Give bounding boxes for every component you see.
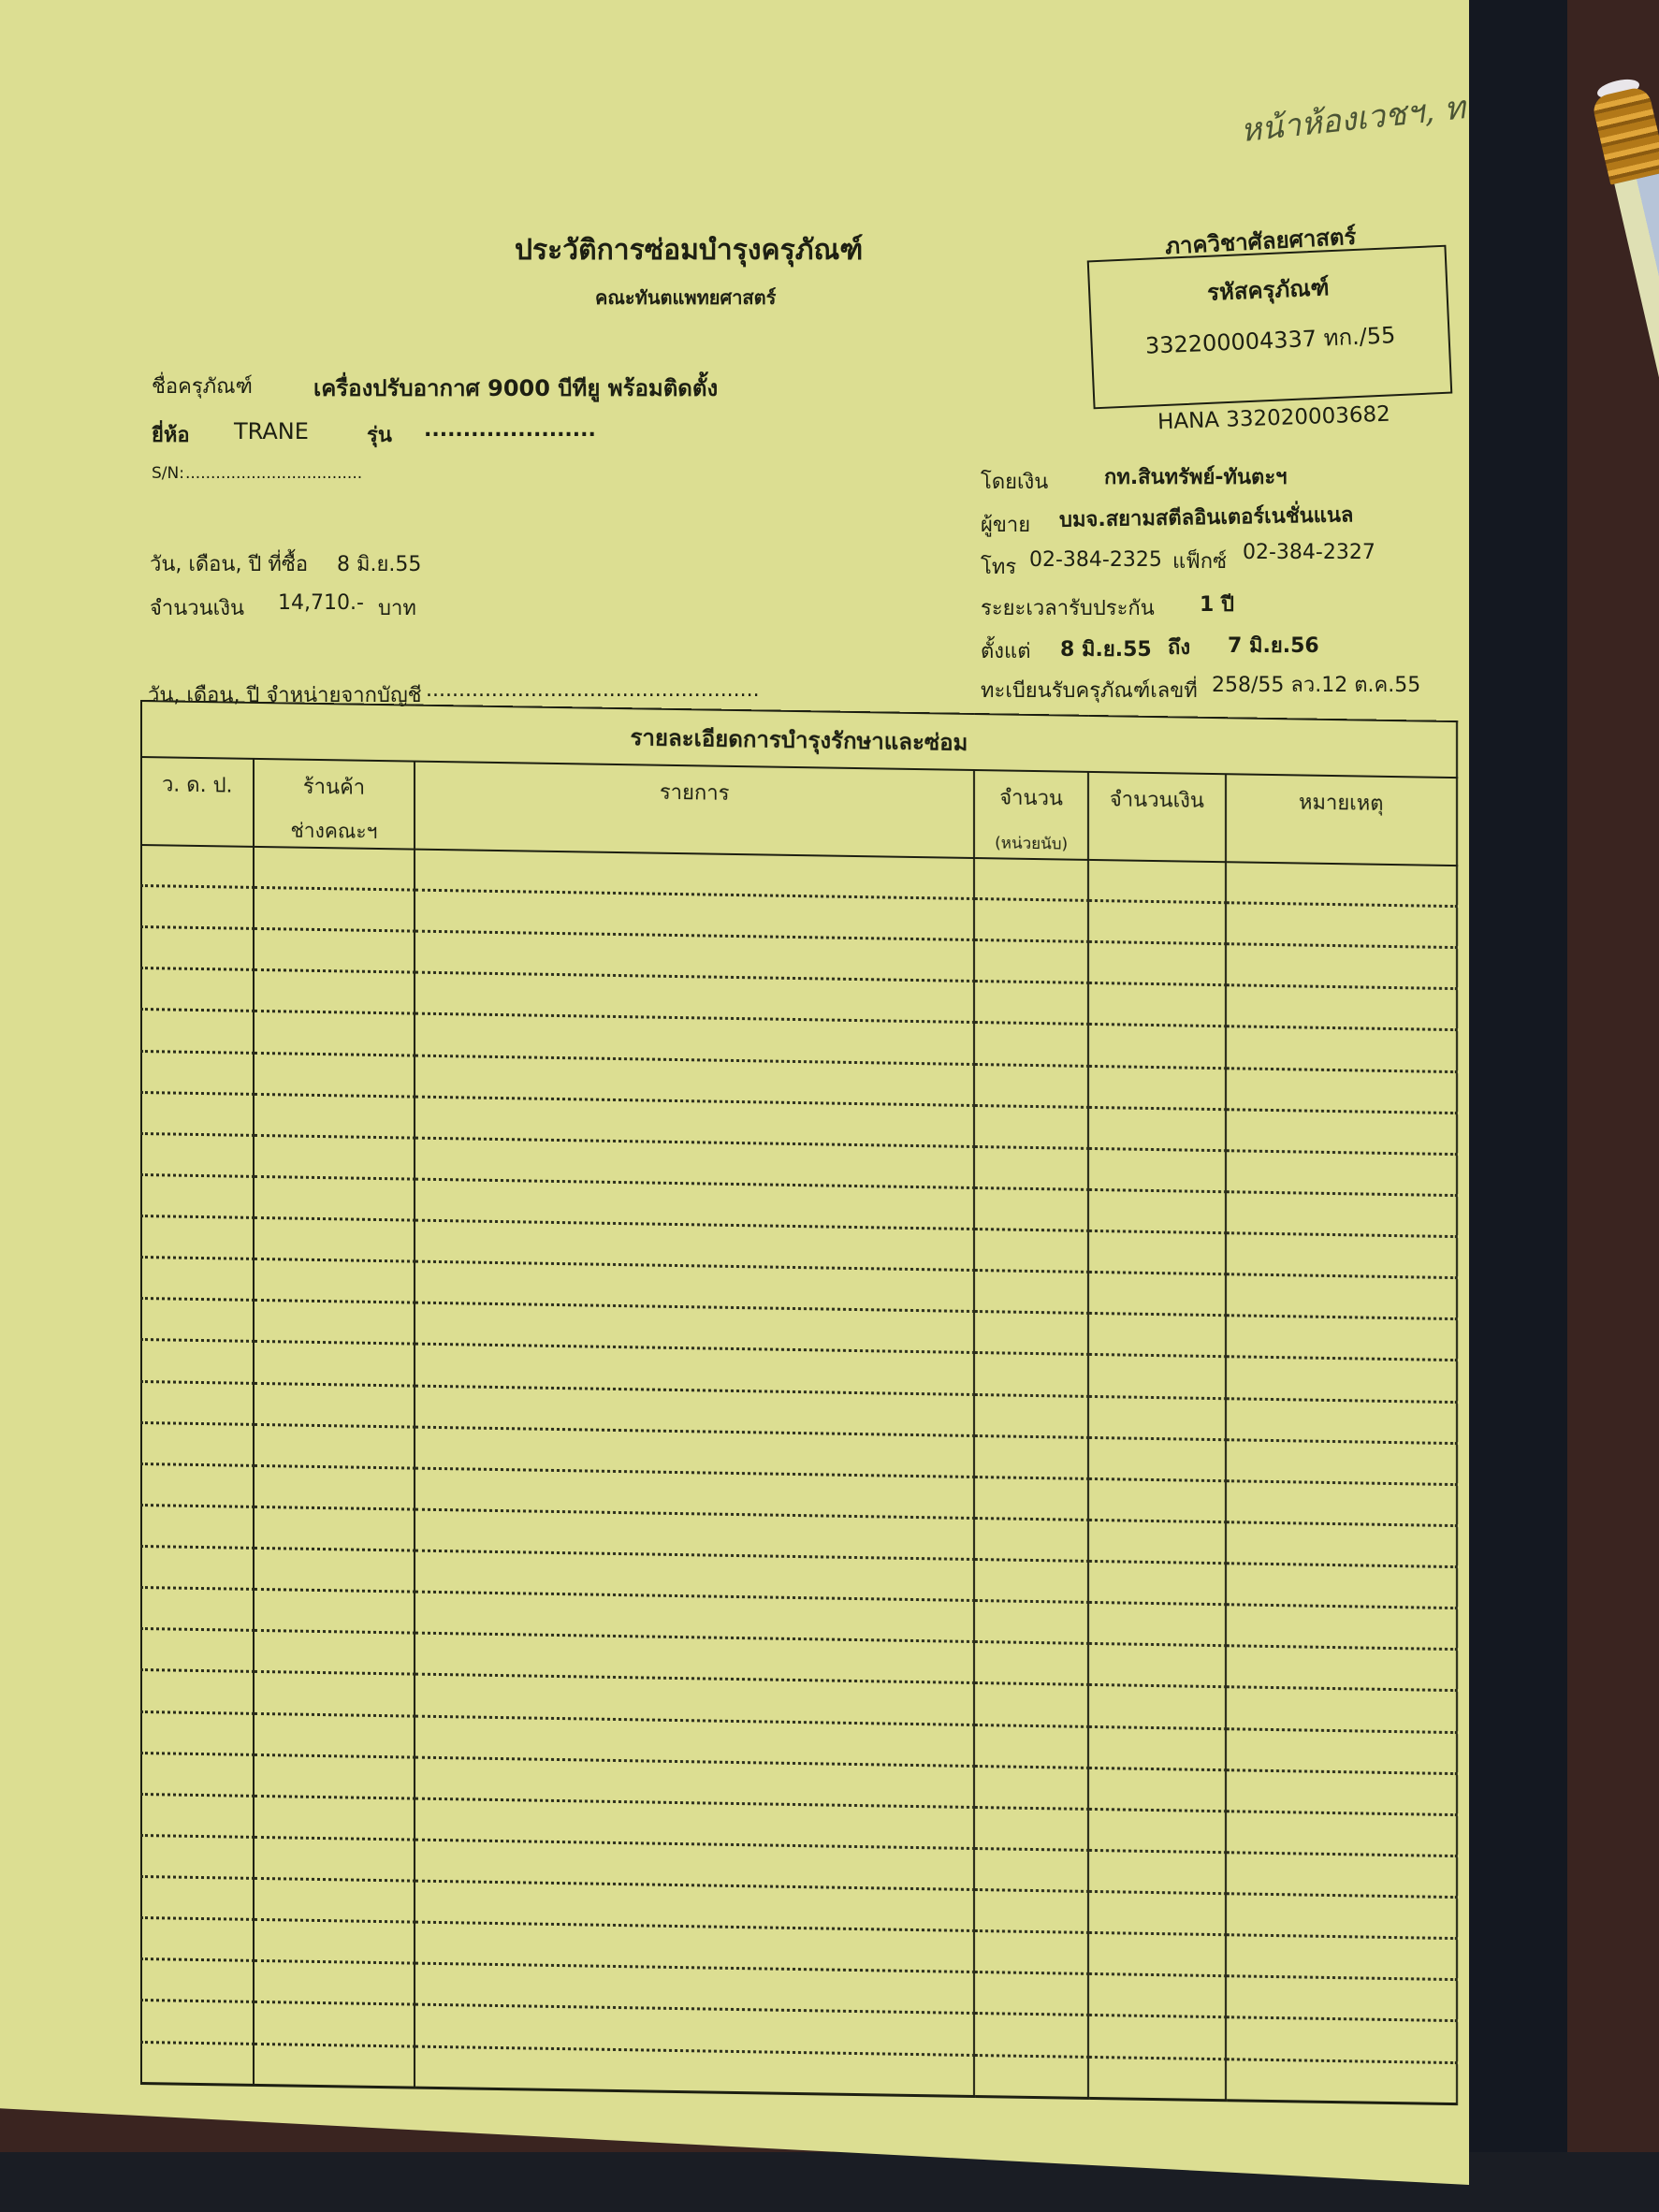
table-cell: [1088, 1314, 1225, 1357]
table-cell: [974, 1435, 1088, 1478]
column-header-remarks: หมายเหตุ: [1226, 774, 1457, 866]
table-cell: [974, 1353, 1088, 1396]
table-cell: [1088, 1892, 1225, 1935]
table-cell: [1226, 1894, 1457, 1939]
table-cell: [141, 1133, 254, 1176]
table-cell: [141, 1299, 254, 1342]
table-cell: [141, 1010, 254, 1053]
table-cell: [1088, 1025, 1225, 1068]
table-cell: [1088, 1685, 1225, 1728]
table-cell: [254, 1053, 415, 1097]
table-cell: [1088, 2057, 1225, 2101]
table-cell: [1088, 1437, 1225, 1480]
faculty-name: คณะทันตแพทยศาสตร์: [595, 283, 776, 313]
purchase-date-value: 8 มิ.ย.55: [337, 547, 421, 580]
table-cell: [1088, 1231, 1225, 1274]
table-cell: [254, 970, 415, 1014]
table-cell: [1226, 1605, 1457, 1650]
table-cell: [1088, 1189, 1225, 1232]
brand-label: ยี่ห้อ: [152, 418, 190, 451]
table-cell: [254, 1383, 415, 1427]
table-cell: [974, 1560, 1088, 1603]
registry-value: 258/55 ลว.12 ต.ค.55: [1212, 668, 1420, 701]
fund-label: โดยเงิน: [981, 465, 1048, 498]
table-cell: [1226, 1026, 1457, 1071]
table-cell: [254, 1837, 415, 1881]
table-cell: [1088, 1974, 1225, 2017]
asset-code-value: 332200004337 ทก./55: [1092, 314, 1448, 367]
column-header-amount: จำนวนเงิน: [1088, 772, 1225, 862]
table-cell: [974, 1972, 1088, 2016]
table-cell: [1226, 1068, 1457, 1113]
table-cell: [254, 1424, 415, 1468]
table-cell: [141, 1794, 254, 1837]
table-cell: [974, 1518, 1088, 1561]
table-cell: [1088, 1726, 1225, 1769]
table-cell: [141, 1711, 254, 1754]
table-cell: [1088, 1355, 1225, 1398]
table-cell: [1088, 1520, 1225, 1563]
table-cell: [1226, 1728, 1457, 1773]
table-cell: [141, 1216, 254, 1259]
table-cell: [974, 1312, 1088, 1355]
table-cell: [974, 1146, 1088, 1189]
column-header-quantity: จำนวน (หน่วยนับ): [974, 770, 1088, 860]
warranty-to-value: 7 มิ.ย.56: [1228, 629, 1319, 662]
fund-value: กท.สินทรัพย์-ทันตะฯ: [1104, 460, 1288, 493]
table-cell: [254, 1549, 415, 1593]
purchase-date-label: วัน, เดือน, ปี ที่ซื้อ: [150, 547, 308, 580]
table-cell: [1088, 942, 1225, 985]
table-cell: [141, 1918, 254, 1961]
table-cell: [974, 1766, 1088, 1809]
table-cell: [1088, 2016, 1225, 2059]
table-cell: [974, 1394, 1088, 1437]
table-cell: [1226, 1357, 1457, 1402]
warranty-from-label: ตั้งแต่: [981, 634, 1031, 667]
table-cell: [141, 886, 254, 929]
table-cell: [254, 1672, 415, 1716]
table-cell: [1226, 1398, 1457, 1443]
table-cell: [254, 1713, 415, 1757]
table-cell: [254, 1094, 415, 1138]
table-cell: [141, 1381, 254, 1424]
table-cell: [1088, 1850, 1225, 1893]
table-cell: [1088, 1148, 1225, 1191]
table-cell: [974, 1848, 1088, 1891]
table-cell: [415, 2046, 974, 2097]
table-cell: [141, 1588, 254, 1631]
amount-value: 14,710.-: [278, 591, 364, 615]
table-cell: [254, 2044, 415, 2088]
table-cell: [254, 1135, 415, 1179]
table-cell: [254, 1590, 415, 1634]
column-header-date: ว. ด. ป.: [141, 757, 254, 847]
table-cell: [1226, 1646, 1457, 1691]
table-cell: [974, 1890, 1088, 1933]
table-cell: [141, 1547, 254, 1590]
table-cell: [974, 1642, 1088, 1685]
table-cell: [141, 2042, 254, 2085]
seller-value: บมจ.สยามสตีลอินเตอร์เนชั่นแนล: [1059, 498, 1354, 535]
table-cell: [254, 1301, 415, 1345]
table-cell: [254, 2002, 415, 2046]
seller-label: ผู้ขาย: [981, 508, 1030, 541]
table-cell: [974, 1105, 1088, 1148]
column-header-item: รายการ: [415, 762, 974, 858]
page-title: ประวัติการซ่อมบำรุงครุภัณฑ์: [515, 228, 863, 272]
table-cell: [1226, 1769, 1457, 1814]
warranty-value: 1 ปี: [1200, 588, 1234, 620]
table-cell: [141, 927, 254, 970]
table-cell: [1088, 1396, 1225, 1439]
registry-label: ทะเบียนรับครุภัณฑ์เลขที่: [981, 674, 1198, 706]
table-cell: [141, 1753, 254, 1796]
table-cell: [1226, 903, 1457, 948]
table-cell: [254, 888, 415, 932]
table-cell: [1088, 1603, 1225, 1646]
table-cell: [141, 1422, 254, 1465]
table-cell: [141, 1629, 254, 1672]
table-cell: [254, 1259, 415, 1303]
phone-label: โทร: [981, 550, 1016, 583]
table-cell: [1226, 1976, 1457, 2021]
table-cell: [254, 1796, 415, 1840]
table-cell: [141, 2001, 254, 2044]
warranty-from-value: 8 มิ.ย.55: [1060, 633, 1152, 665]
table-cell: [974, 1807, 1088, 1850]
table-cell: [1088, 1562, 1225, 1605]
serial-value: ...................................: [185, 464, 362, 483]
table-cell: [141, 1092, 254, 1135]
table-cell: [974, 1064, 1088, 1107]
table-cell: [254, 1011, 415, 1055]
table-cell: [254, 1754, 415, 1798]
table-cell: [1088, 1933, 1225, 1976]
table-cell: [974, 2055, 1088, 2098]
table-body: [141, 845, 1457, 2104]
column-header-vendor: ร้านค้า ช่างคณะฯ: [254, 759, 415, 850]
table-cell: [1226, 1687, 1457, 1732]
table-cell: [974, 940, 1088, 983]
table-cell: [974, 1187, 1088, 1230]
table-cell: [141, 845, 254, 887]
disposal-date-value: ........................................…: [426, 678, 760, 702]
hana-code: HANA 332020003682: [1157, 402, 1391, 435]
table-cell: [141, 1959, 254, 2002]
pencil: [1591, 85, 1659, 663]
table-cell: [141, 1670, 254, 1713]
warranty-label: ระยะเวลารับประกัน: [981, 591, 1155, 624]
fax-value: 02-384-2327: [1243, 541, 1375, 564]
fax-label: แฟ็กซ์: [1172, 545, 1227, 577]
maintenance-table: รายละเอียดการบำรุงรักษาและซ่อม ว. ด. ป. …: [140, 700, 1458, 2105]
table-cell: [254, 1218, 415, 1262]
table-cell: [974, 1271, 1088, 1314]
table-cell: [1088, 1273, 1225, 1316]
serial-label: S/N:: [152, 464, 184, 483]
table-cell: [141, 1463, 254, 1506]
table-cell: [974, 1230, 1088, 1273]
table-cell: [1088, 1768, 1225, 1811]
asset-code-label: รหัสครุภัณฑ์: [1090, 264, 1447, 316]
table-cell: [254, 1176, 415, 1220]
table-cell: [254, 1920, 415, 1964]
table-cell: [1088, 860, 1225, 903]
table-cell: [1088, 1478, 1225, 1521]
table-cell: [974, 2014, 1088, 2057]
table-cell: [974, 1931, 1088, 1974]
table-cell: [1088, 1107, 1225, 1150]
table-cell: [1226, 1935, 1457, 1980]
table-cell: [1226, 1109, 1457, 1154]
table-cell: [1088, 1809, 1225, 1852]
asset-name-value: เครื่องปรับอากาศ 9000 บีทียู พร้อมติดตั้…: [313, 370, 718, 406]
warranty-to-label: ถึง: [1168, 631, 1190, 663]
table-cell: [974, 1724, 1088, 1768]
table-cell: [974, 1023, 1088, 1066]
table-cell: [141, 1258, 254, 1301]
table-cell: [1226, 1522, 1457, 1567]
table-cell: [1226, 944, 1457, 989]
table-cell: [141, 968, 254, 1011]
table-cell: [1226, 862, 1457, 906]
model-value: ......................: [424, 418, 596, 442]
table-cell: [254, 1961, 415, 2005]
table-cell: [254, 1465, 415, 1509]
asset-name-label: ชื่อครุภัณฑ์: [152, 370, 253, 402]
table-cell: [141, 1340, 254, 1383]
table-cell: [254, 1506, 415, 1550]
amount-unit: บาท: [378, 591, 416, 624]
table-cell: [974, 899, 1088, 942]
table-cell: [974, 1477, 1088, 1520]
table-cell: [254, 929, 415, 973]
table-cell: [1226, 1151, 1457, 1196]
table-cell: [141, 1175, 254, 1218]
table-cell: [1226, 2059, 1457, 2103]
table-cell: [1226, 1233, 1457, 1278]
table-cell: [254, 1879, 415, 1923]
phone-value: 02-384-2325: [1029, 548, 1162, 572]
table-cell: [1088, 983, 1225, 1026]
table-cell: [974, 858, 1088, 901]
table-cell: [1226, 2017, 1457, 2062]
table-cell: [974, 1601, 1088, 1644]
asset-code-box: รหัสครุภัณฑ์ 332200004337 ทก./55: [1087, 245, 1453, 410]
table-cell: [141, 1877, 254, 1920]
table-cell: [1226, 1853, 1457, 1898]
table-cell: [254, 1631, 415, 1675]
pencil-body: [1614, 173, 1659, 663]
table-cell: [1088, 1644, 1225, 1687]
table-cell: [1226, 1274, 1457, 1319]
table-cell: [1226, 1439, 1457, 1484]
model-label: รุ่น: [367, 418, 392, 451]
table-cell: [1088, 1066, 1225, 1109]
form-sheet: ประวัติการซ่อมบำรุงครุภัณฑ์ คณะทันตแพทยศ…: [0, 0, 1469, 2185]
pencil-ferrule: [1591, 85, 1659, 185]
table-cell: [254, 1342, 415, 1386]
amount-label: จำนวนเงิน: [150, 591, 244, 624]
brand-value: TRANE: [234, 418, 309, 444]
table-cell: [141, 1836, 254, 1879]
table-cell: [1226, 1316, 1457, 1361]
table-cell: [974, 1683, 1088, 1726]
table-cell: [1226, 1812, 1457, 1856]
table-cell: [1226, 1564, 1457, 1608]
table-cell: [141, 1506, 254, 1549]
table-cell: [141, 1051, 254, 1094]
table-cell: [254, 847, 415, 890]
handwritten-note: หน้าห้องเวชฯ, ทม.: [1238, 79, 1498, 155]
table-cell: [1226, 1481, 1457, 1526]
table-cell: [974, 982, 1088, 1025]
table-cell: [1088, 901, 1225, 944]
table-cell: [1226, 1192, 1457, 1237]
table-cell: [1226, 985, 1457, 1030]
